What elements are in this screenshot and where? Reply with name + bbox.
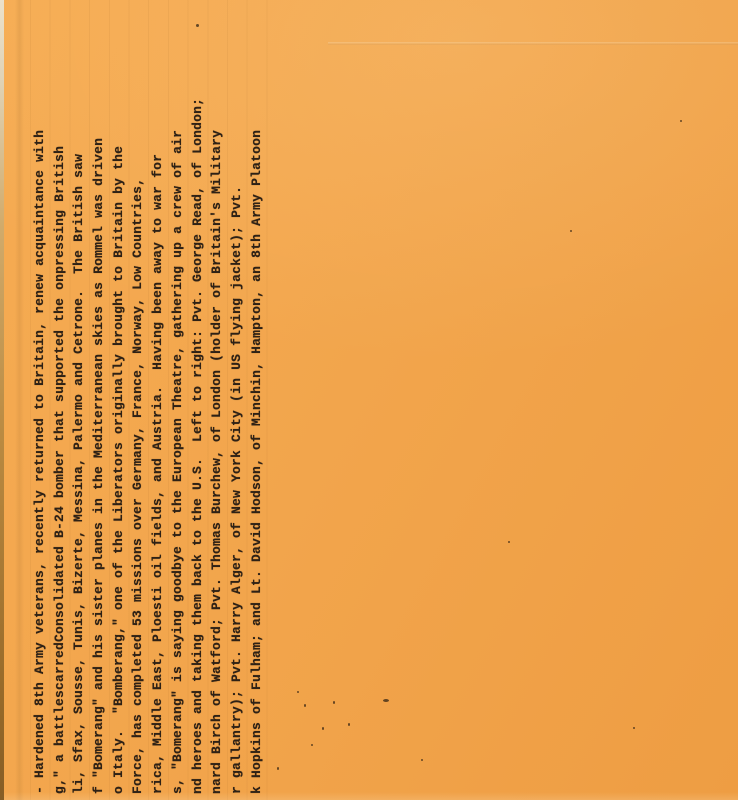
photo-edge-shadow	[15, 0, 24, 800]
ink-speck	[383, 699, 389, 702]
ink-speck	[311, 744, 313, 746]
ink-speck	[633, 727, 635, 729]
ink-speck	[277, 767, 279, 770]
caption-line-10: nard Birch of Watford; Pvt. Thomas Burch…	[207, 0, 227, 794]
ink-speck	[297, 691, 299, 693]
ink-speck	[322, 727, 324, 730]
ink-speck	[333, 701, 335, 704]
caption-line-3: li, Sfax, Sousse, Tunis, Bizerte, Messin…	[69, 0, 89, 794]
ink-speck	[196, 24, 199, 27]
caption-line-11: r gallantry); Pvt. Harry Alger, of New Y…	[227, 0, 247, 794]
scanned-photo-caption-page: - Hardened 8th Army veterans, recently r…	[0, 0, 738, 800]
ink-speck	[680, 120, 682, 122]
bottom-sheen	[0, 792, 738, 800]
caption-line-4: f "Bomerang" and his sister planes in th…	[89, 0, 109, 794]
ink-speck	[304, 704, 306, 707]
scan-edge	[0, 0, 4, 800]
caption-line-6: Force, has completed 53 missions over Ge…	[128, 0, 148, 794]
caption-line-5: o Italy. "Bomberang," one of the Liberat…	[109, 0, 129, 794]
caption-line-1: - Hardened 8th Army veterans, recently r…	[30, 0, 50, 794]
ink-speck	[214, 310, 216, 312]
typed-caption-rotated: - Hardened 8th Army veterans, recently r…	[30, 0, 268, 800]
ink-speck	[348, 723, 350, 726]
paper-crease	[328, 42, 738, 45]
caption-line-9: nd heroes and taking them back to the U.…	[188, 0, 208, 794]
caption-line-7: rica, Middle East, Ploesti oil fields, a…	[148, 0, 168, 794]
ink-speck	[508, 541, 510, 543]
ink-speck	[570, 230, 572, 232]
caption-line-8: s, "Bomerang" is saying goodbye to the E…	[168, 0, 188, 794]
caption-line-2: g," a battlescarredConsolidated B-24 bom…	[50, 0, 70, 794]
caption-line-12: k Hopkins of Fulham; and Lt. David Hodso…	[247, 0, 267, 794]
ink-speck	[421, 759, 423, 761]
